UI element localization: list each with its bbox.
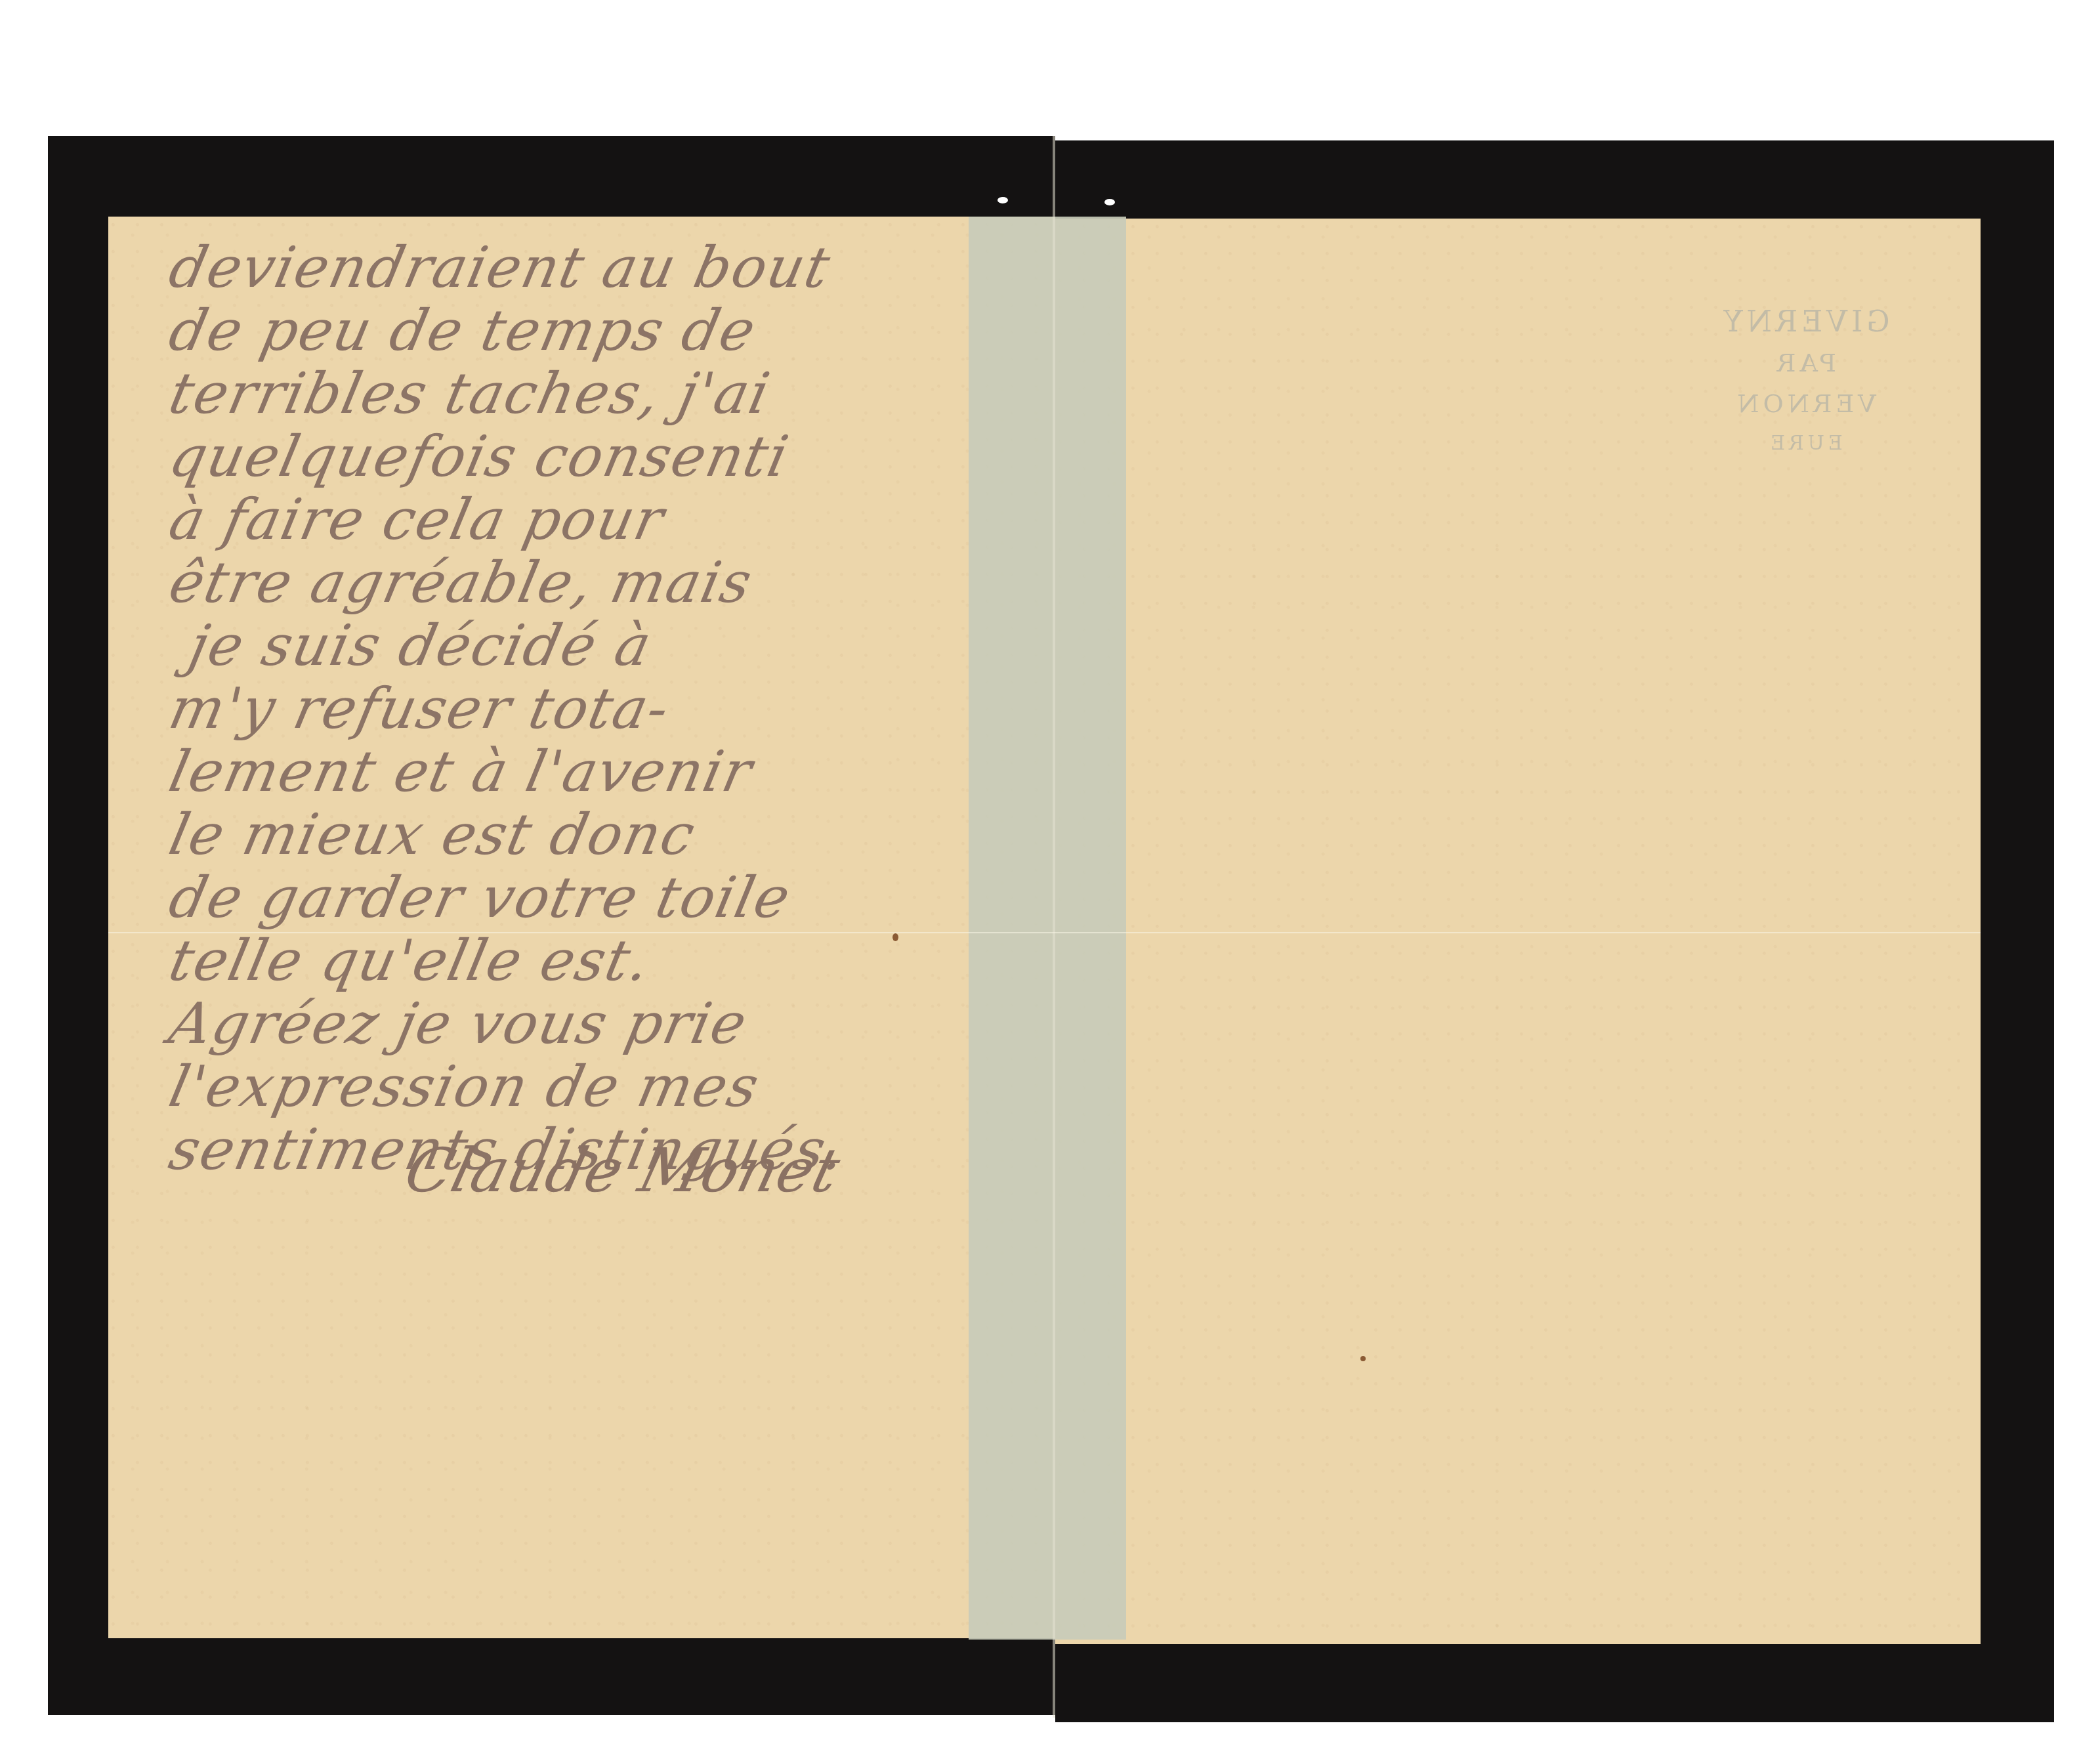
letter-line: m'y refuser tota- (164, 677, 1122, 740)
letter-line: l'expression de mes (164, 1055, 1122, 1118)
signature: Claude Monet (398, 1135, 847, 1206)
letter-line: deviendraient au bout (164, 236, 1122, 299)
letter-line: je suis décidé à (164, 614, 1122, 677)
letter-line: quelquefois consenti (164, 425, 1122, 488)
letter-line: Agréez je vous prie (164, 992, 1122, 1055)
letter-line: de garder votre toile (164, 866, 1122, 929)
letter-line: à faire cela pour (164, 488, 1122, 551)
pin-hole (997, 197, 1008, 203)
letter-line: telle qu'elle est. (164, 929, 1122, 992)
letterhead-line: PAR VERNON (1706, 343, 1903, 424)
pin-hole (1104, 199, 1115, 205)
letter-line: lement et à l'avenir (164, 740, 1122, 803)
letterhead-showthrough: GIVERNY PAR VERNON EURE (1706, 302, 1903, 463)
letter-line: terribles taches, j'ai (164, 362, 1122, 425)
letter-line: être agréable, mais (164, 551, 1122, 614)
letterhead-line: EURE (1706, 424, 1903, 463)
letterhead-line: GIVERNY (1706, 302, 1903, 343)
letter-body: deviendraient au bout de peu de temps de… (171, 236, 1116, 1181)
letter-line: de peu de temps de (164, 299, 1122, 362)
ink-stain (1360, 1356, 1366, 1361)
letter-line: le mieux est donc (164, 803, 1122, 866)
